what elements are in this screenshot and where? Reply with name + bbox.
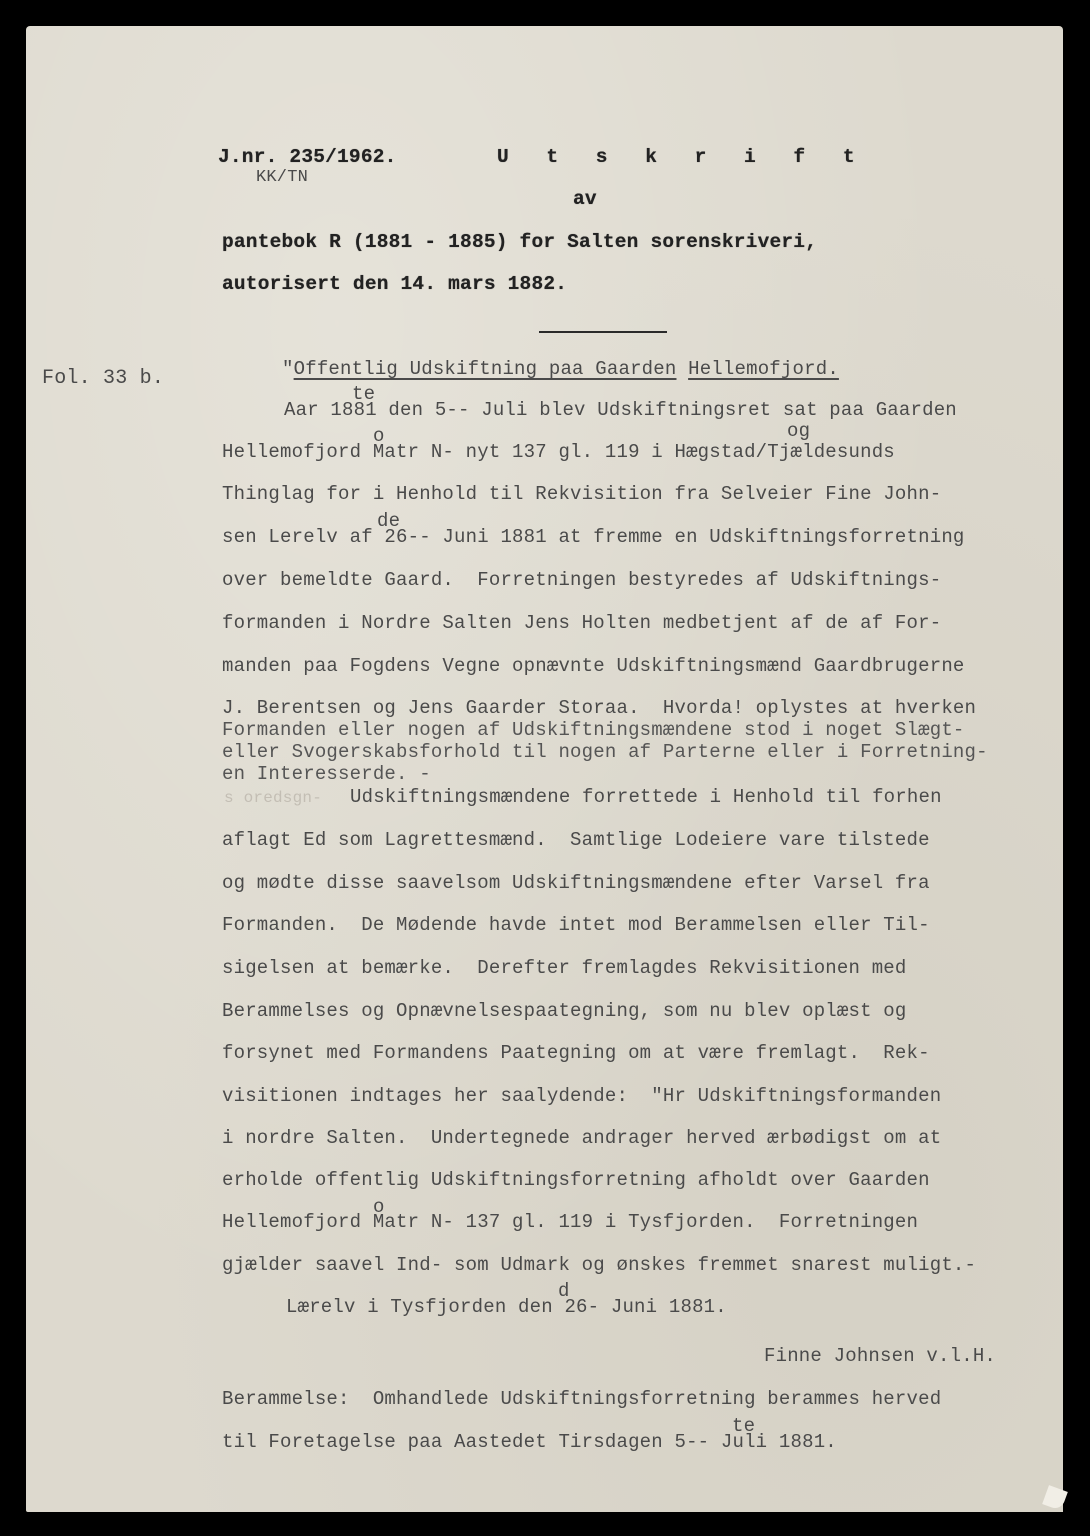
superscript: og: [787, 420, 810, 442]
heading-quote: ": [282, 358, 294, 380]
superscript: de: [377, 510, 400, 532]
insert-line: Formanden eller nogen af Udskiftningsmæn…: [222, 719, 965, 741]
insert-line: eller Svogerskabsforhold til nogen af Pa…: [222, 741, 988, 763]
superscript: o: [373, 1196, 385, 1218]
body-line: og mødte disse saavelsom Udskiftningsmæn…: [222, 872, 930, 894]
heading: "Offentlig Udskiftning paa Gaarden Helle…: [282, 358, 839, 380]
folio-reference: Fol. 33 b.: [42, 367, 164, 390]
superscript: o: [373, 425, 385, 447]
body-line: sigelsen at bemærke. Derefter fremlagdes…: [222, 957, 907, 979]
body-line: visitionen indtages her saalydende: "Hr …: [222, 1085, 941, 1107]
initials: KK/TN: [256, 168, 308, 187]
superscript: d: [558, 1280, 570, 1302]
body-line: Thinglag for i Henhold til Rekvisition f…: [222, 483, 941, 505]
body-line: J. Berentsen og Jens Gaarder Storaa. Hvo…: [222, 697, 976, 719]
heading-part-1: Offentlig Udskiftning paa Gaarden: [294, 358, 677, 380]
body-line: Formanden. De Mødende havde intet mod Be…: [222, 914, 930, 936]
superscript: te: [732, 1415, 755, 1437]
body-line: aflagt Ed som Lagrettesmænd. Samtlige Lo…: [222, 829, 930, 851]
body-line: Hellemofjord Matr N- nyt 137 gl. 119 i H…: [222, 441, 895, 463]
body-line: sen Lerelv af 26-- Juni 1881 at fremme e…: [222, 526, 965, 548]
body-line: Lærelv i Tysfjorden den 26- Juni 1881.: [286, 1296, 727, 1318]
subtitle-line-2: autorisert den 14. mars 1882.: [222, 273, 567, 295]
body-line: Aar 1881 den 5-- Juli blev Udskiftningsr…: [284, 399, 957, 421]
title-av: av: [573, 188, 597, 210]
body-line: erholde offentlig Udskiftningsforretning…: [222, 1169, 930, 1191]
heading-part-2: Hellemofjord.: [688, 358, 839, 380]
body-line: over bemeldte Gaard. Forretningen bestyr…: [222, 569, 941, 591]
divider-rule: [539, 331, 667, 333]
signature: Finne Johnsen v.l.H.: [764, 1345, 996, 1367]
faint-strikeout-note: s oredsgn-: [224, 789, 322, 807]
journal-number: J.nr. 235/1962.: [218, 146, 397, 168]
body-line: formanden i Nordre Salten Jens Holten me…: [222, 612, 941, 634]
body-line: Udskiftningsmændene forrettede i Henhold…: [350, 786, 942, 808]
body-line: forsynet med Formandens Paategning om at…: [222, 1042, 930, 1064]
body-line: manden paa Fogdens Vegne opnævnte Udskif…: [222, 655, 965, 677]
subtitle-line-1: pantebok R (1881 - 1885) for Salten sore…: [222, 231, 817, 253]
superscript: te: [352, 383, 375, 405]
berammelse-line: Berammelse: Omhandlede Udskiftningsforre…: [222, 1388, 941, 1410]
body-line: gjælder saavel Ind- som Udmark og ønskes…: [222, 1254, 976, 1276]
body-line: Hellemofjord Matr N- 137 gl. 119 i Tysfj…: [222, 1211, 918, 1233]
body-line: i nordre Salten. Undertegnede andrager h…: [222, 1127, 941, 1149]
insert-line: en Interesserde. -: [222, 763, 431, 785]
document-title: U t s k r i f t: [497, 146, 868, 168]
body-line: Berammelses og Opnævnelsespaategning, so…: [222, 1000, 907, 1022]
